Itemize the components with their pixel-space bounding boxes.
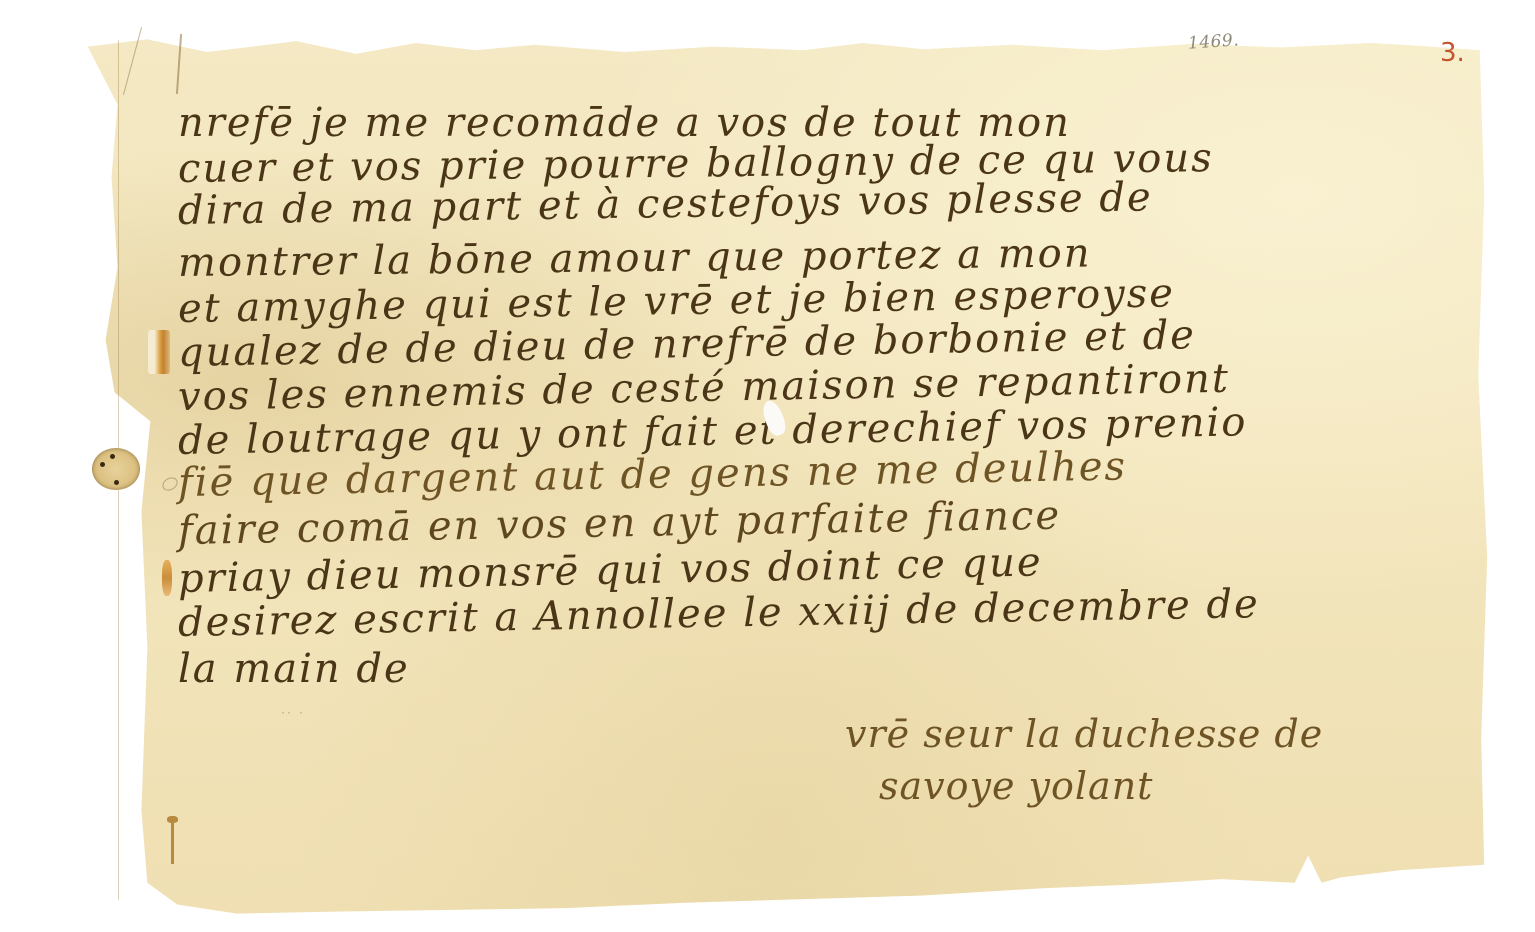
folio-number: 3. [1440,38,1465,68]
wax-speck [114,480,119,485]
rust-stain-drop [162,560,172,596]
wax-speck [110,454,115,459]
signature-line-1: vrē seur la duchesse de [845,712,1323,756]
body-line-13: la main de [178,646,410,692]
rust-pin-mark [171,820,174,864]
wax-seal-remnant [92,448,140,490]
pencil-date-annotation: 1469. [1187,30,1239,54]
wax-speck [100,462,105,467]
signature-line-2: savoye yolant [879,764,1153,808]
rust-stain [148,330,170,374]
faint-mark: ·· · [280,708,304,719]
